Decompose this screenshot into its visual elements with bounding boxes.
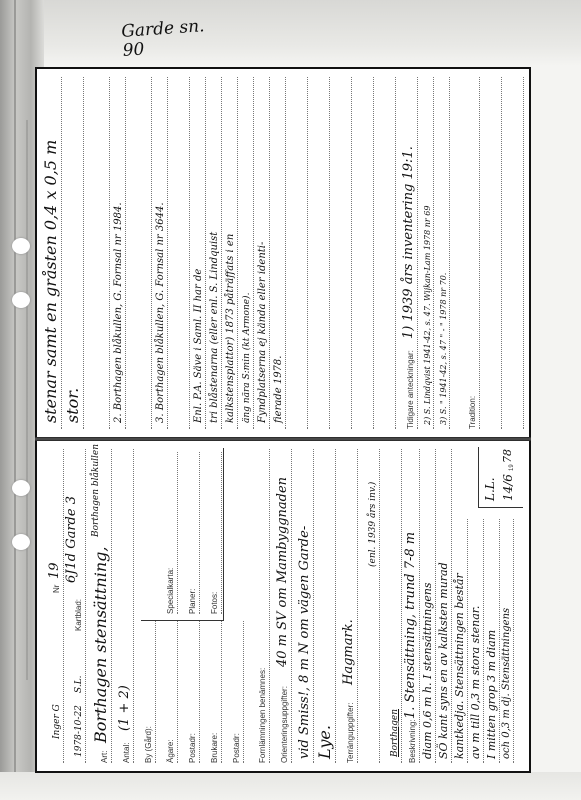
punch-hole	[12, 238, 30, 254]
agare-label: Ägare:	[166, 739, 175, 763]
fotos-row: Fotos:	[199, 452, 222, 614]
orientering-value: 40 m SV om Mambyggnaden	[275, 477, 290, 667]
tradition-label: Tradition:	[468, 396, 477, 429]
terrang-label: Terränguppgifter:	[346, 703, 355, 763]
continuation-line: fierade 1978.	[273, 356, 284, 423]
beskrivning-row: och 0,3 m dj. Stensättningens	[499, 519, 514, 763]
antal-row: Antal: (1 + 2)	[111, 449, 134, 763]
beskrivning-line: I mitten grop 3 m diam	[485, 630, 498, 759]
nr-label: Nr	[52, 585, 61, 593]
tidigare-row: Tidigare anteckningar: 1) 1939 års inven…	[395, 77, 418, 429]
postadr-label: Postadr:	[188, 733, 197, 763]
beskrivning-row: Beskrivning: 1. Stensättning, trund 7-8 …	[399, 449, 420, 763]
map-reference-box: Specialkarta: Planer: Fotos:	[141, 448, 224, 621]
antal-label: Antal:	[122, 743, 131, 763]
scan-bottom-margin	[0, 772, 581, 800]
tidigare-value: 3) S. " 1941-42, s. 47 " - " 1978 nr 70.	[439, 273, 448, 425]
brukare-label: Brukare:	[210, 733, 219, 763]
beskrivning-line: kantkedja. Stensättningen består	[453, 573, 466, 759]
antal-value: (1 + 2)	[117, 685, 132, 731]
art-row: Art: Borthagen stensättning, Borthagen b…	[87, 449, 112, 763]
tidigare-row-3: 3) S. " 1941-42, s. 47 " - " 1978 nr 70.	[433, 77, 450, 429]
planer-row: Planer:	[177, 452, 200, 614]
initials-value: S.L.	[74, 675, 84, 693]
signature-box: L.L. 14/6 19 78	[478, 447, 523, 508]
continuation-line: 2. Borthagen blåkullen, G. Fornsal nr 19…	[113, 202, 124, 423]
date-value: 1978-10-22	[74, 705, 84, 757]
continuation-line: stenar samt en gråsten 0,4 x 0,5 m	[41, 140, 60, 423]
date-row: 1978-10-22 S.L. Kartblad: 6J1d Garde 3	[63, 449, 86, 763]
card-left-page: Inger G Nr 19 1978-10-22 S.L. Kartblad: …	[37, 441, 529, 771]
postadr-label: Postadr:	[232, 733, 241, 763]
terrang-note: (enl. 1939 års inv.)	[368, 482, 378, 567]
nr-value: 19	[47, 562, 62, 579]
beskrivning-line: diam 0,6 m h. I stensättningens	[421, 582, 434, 759]
beskrivning-row: diam 0,6 m h. I stensättningens	[419, 449, 436, 763]
beskrivning-row: I mitten grop 3 m diam	[483, 519, 500, 763]
by-row: By (Gård):	[133, 621, 156, 763]
parish-annotation: Garde sn. 90	[121, 17, 207, 61]
inv-row: Inger G Nr 19	[41, 449, 64, 763]
record-card: Inger G Nr 19 1978-10-22 S.L. Kartblad: …	[35, 67, 531, 773]
postadr-row-2: Postadr:	[221, 621, 244, 763]
signature-date: 14/6	[501, 474, 522, 501]
specialkarta-row: Specialkarta:	[155, 452, 178, 614]
beskrivning-row: av m till 0,3 m stora stenar.	[467, 519, 484, 763]
beskrivning-label: Beskrivning:	[408, 719, 417, 763]
card-right-page: stenar samt en gråsten 0,4 x 0,5 m stor.…	[37, 69, 529, 437]
beskrivning-row: kantkedja. Stensättningen består	[451, 519, 468, 763]
art-note: Borthagen blåkullen	[91, 444, 101, 537]
orientering-row: Orienteringsuppgifter: 40 m SV om Mambyg…	[269, 449, 292, 763]
terrang-note-row: (enl. 1939 års inv.)	[357, 449, 380, 763]
planer-label: Planer:	[188, 589, 197, 614]
orientering-row-3: Lye.	[313, 449, 336, 763]
punch-hole	[12, 534, 30, 550]
record-card-wrapper: Inger G Nr 19 1978-10-22 S.L. Kartblad: …	[35, 67, 531, 773]
orientering-row-2: vid Smiss!, 8 m N om vägen Garde-	[291, 449, 314, 763]
art-label: Art:	[100, 751, 109, 763]
art-value: Borthagen stensättning,	[91, 547, 110, 744]
continuation-line: 3. Borthagen blåkullen, G. Fornsal nr 36…	[155, 202, 166, 423]
punch-hole	[12, 292, 30, 308]
kartblad-label: Kartblad:	[74, 599, 83, 631]
brukare-row: Brukare:	[199, 621, 222, 763]
punch-hole	[12, 480, 30, 496]
postadr-row-1: Postadr:	[177, 621, 200, 763]
fornlamningen-label: Fornlämningen benämnes:	[258, 668, 267, 763]
beskrivning-row: SÖ kant syns en av kalksten murad	[435, 449, 452, 763]
inv-value: Inger G	[52, 704, 62, 739]
beskrivning-line: av m till 0,3 m stora stenar.	[469, 606, 482, 759]
tidigare-label: Tidigare anteckningar:	[406, 350, 415, 429]
orientering-value: vid Smiss!, 8 m N om vägen Garde-	[297, 526, 312, 759]
orientering-label: Orienteringsuppgifter:	[280, 686, 289, 763]
fotos-label: Fotos:	[210, 592, 219, 614]
beskrivning-line: och 0,3 m dj. Stensättningens	[501, 608, 512, 759]
tidigare-row-2: 2) S. Lindqvist 1941-42, s. 47. Wijkan-L…	[417, 77, 434, 429]
scan-top-margin	[0, 0, 581, 66]
agare-row: Ägare:	[155, 621, 178, 763]
tidigare-value: 2) S. Lindqvist 1941-42, s. 47. Wijkan-L…	[423, 206, 432, 425]
by-label: By (Gård):	[144, 726, 153, 763]
terrang-row: Terränguppgifter: Hagmark.	[335, 449, 358, 763]
orientering-value: Lye.	[315, 725, 334, 759]
beskrivning-line: 1. Stensättning, trund 7-8 m	[403, 532, 418, 719]
terrang-value: Hagmark.	[341, 619, 356, 685]
continuation-line: stor.	[63, 388, 82, 423]
specialkarta-label: Specialkarta:	[166, 568, 175, 614]
kartblad-value: 6J1d Garde 3	[64, 496, 79, 583]
signature-year-prefix: 19	[509, 464, 515, 471]
beskrivning-line: SÖ kant syns en av kalksten murad	[437, 562, 450, 759]
tradition-row: Tradition:	[457, 77, 480, 429]
signature-year: 78	[501, 449, 522, 463]
tidigare-value: 1) 1939 års inventering 19:1.	[401, 146, 416, 339]
fornlamningen-row: Fornlämningen benämnes:	[247, 449, 270, 763]
